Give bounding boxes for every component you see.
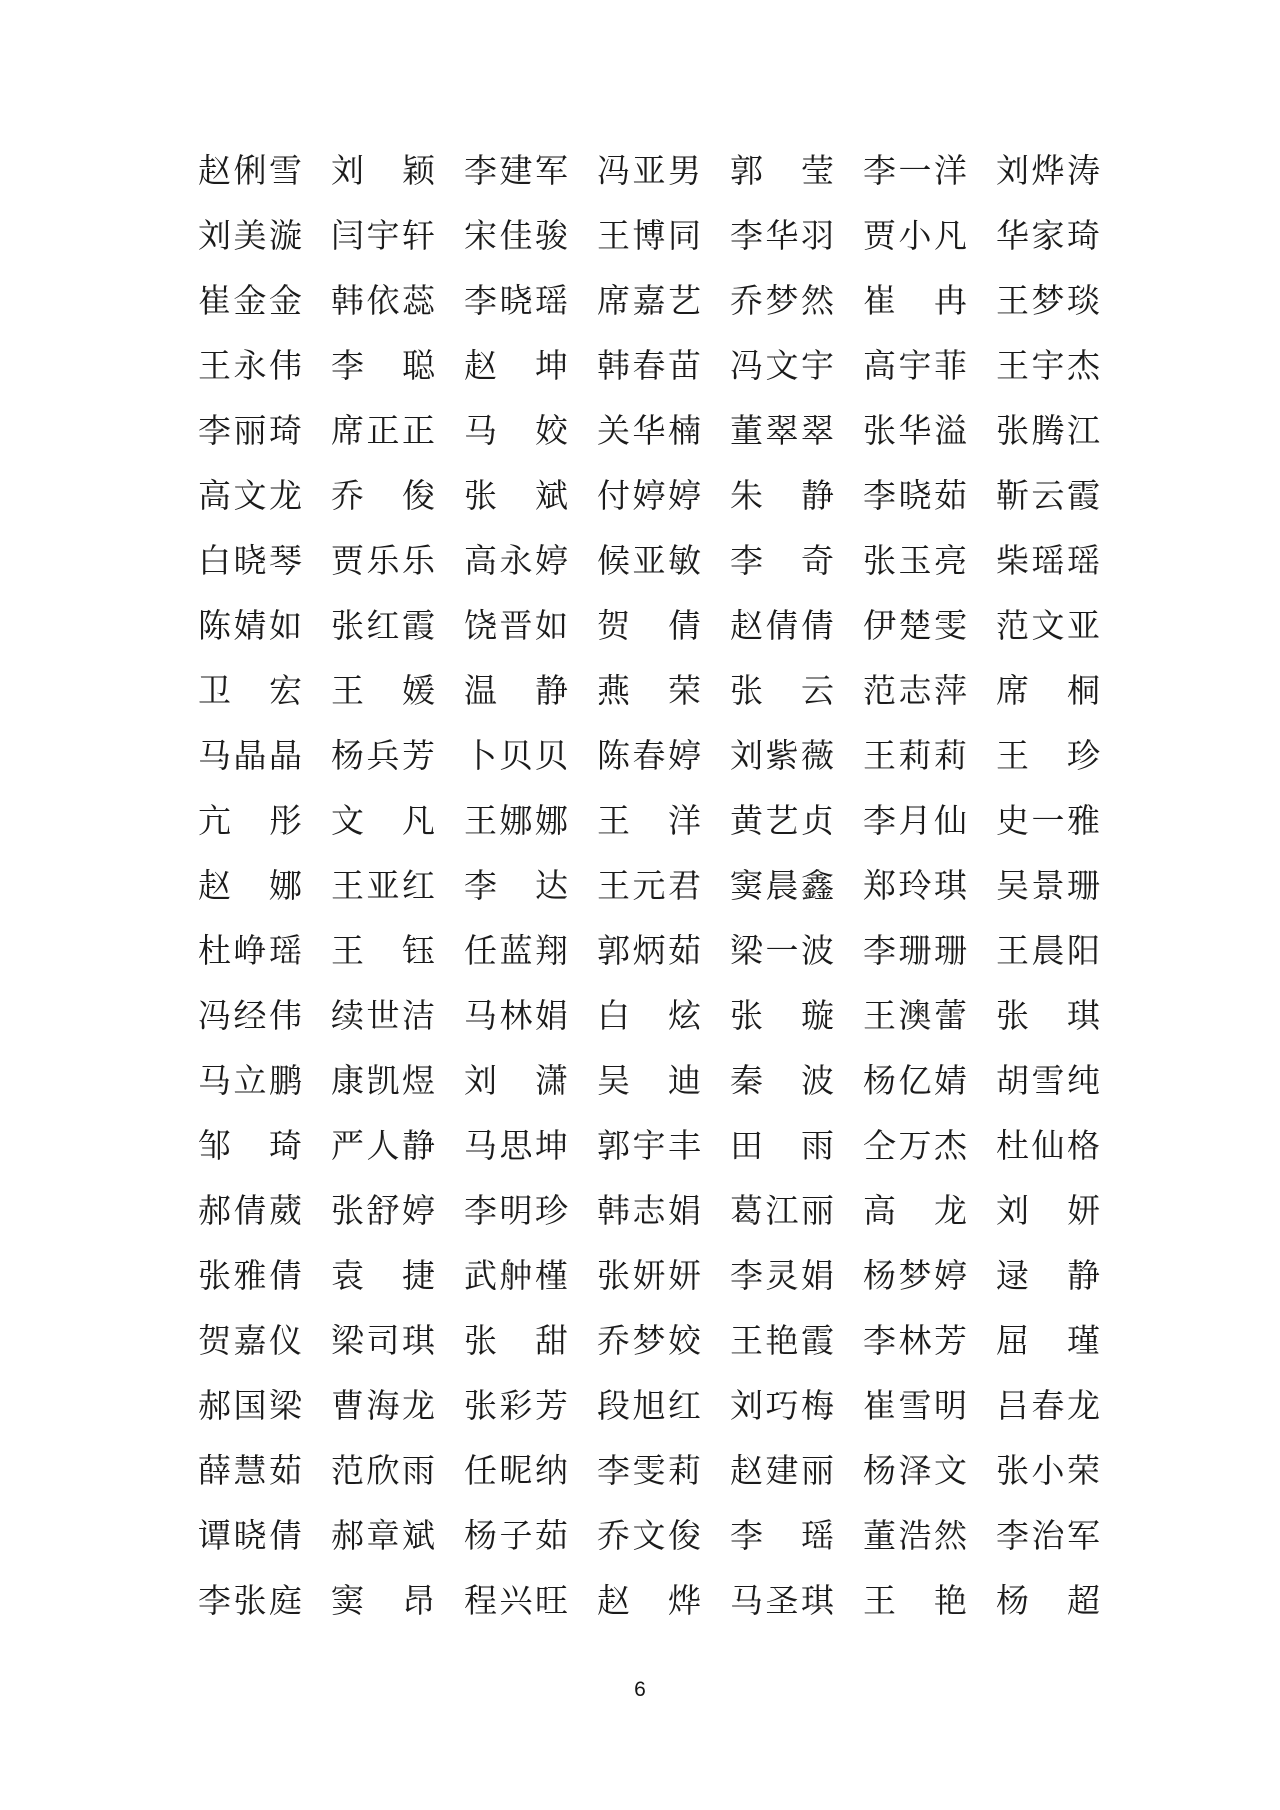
page-number: 6 [0, 1678, 1280, 1702]
name-cell: 刘美漩 [198, 221, 302, 254]
name-row: 卫宏王媛温静燕荣张云范志萍席桐 [198, 660, 1100, 725]
name-cell: 冯文宇 [730, 351, 834, 384]
name-cell: 崔雪明 [863, 1391, 967, 1424]
name-cell: 刘巧梅 [730, 1391, 834, 1424]
name-cell: 冯经伟 [198, 1001, 302, 1034]
name-cell: 董浩然 [863, 1521, 967, 1554]
name-cell: 李治军 [996, 1521, 1100, 1554]
name-row: 李丽琦席正正马姣关华楠董翠翠张华溢张腾江 [198, 400, 1100, 465]
name-cell: 王钰 [331, 936, 435, 969]
name-cell: 张妍妍 [597, 1261, 701, 1294]
name-cell: 李晓茹 [863, 481, 967, 514]
name-cell: 杜峥瑶 [198, 936, 302, 969]
name-cell: 任蓝翔 [464, 936, 568, 969]
name-cell: 付婷婷 [597, 481, 701, 514]
name-row: 白晓琴贾乐乐高永婷候亚敏李奇张玉亮柴瑶瑶 [198, 530, 1100, 595]
name-cell: 郭炳茹 [597, 936, 701, 969]
name-cell: 李瑶 [730, 1521, 834, 1554]
name-cell: 张甜 [464, 1326, 568, 1359]
name-cell: 乔文俊 [597, 1521, 701, 1554]
name-cell: 王艳霞 [730, 1326, 834, 1359]
name-cell: 李达 [464, 871, 568, 904]
name-cell: 李雯莉 [597, 1456, 701, 1489]
name-cell: 段旭红 [597, 1391, 701, 1424]
name-cell: 李丽琦 [198, 416, 302, 449]
name-cell: 王珍 [996, 741, 1100, 774]
name-cell: 王博同 [597, 221, 701, 254]
name-cell: 赵俐雪 [198, 156, 302, 189]
name-cell: 靳云霞 [996, 481, 1100, 514]
name-row: 王永伟李聪赵坤韩春苗冯文宇高宇菲王宇杰 [198, 335, 1100, 400]
name-cell: 王宇杰 [996, 351, 1100, 384]
name-row: 薛慧茹范欣雨任昵纳李雯莉赵建丽杨泽文张小荣 [198, 1440, 1100, 1505]
name-cell: 伊楚雯 [863, 611, 967, 644]
name-cell: 薛慧茹 [198, 1456, 302, 1489]
name-cell: 贾乐乐 [331, 546, 435, 579]
name-cell: 乔俊 [331, 481, 435, 514]
name-cell: 李奇 [730, 546, 834, 579]
name-cell: 袁捷 [331, 1261, 435, 1294]
name-cell: 郭宇丰 [597, 1131, 701, 1164]
name-row: 邹琦严人静马思坤郭宇丰田雨仝万杰杜仙格 [198, 1115, 1100, 1180]
name-cell: 张彩芳 [464, 1391, 568, 1424]
name-cell: 乔梦然 [730, 286, 834, 319]
name-cell: 康凯煜 [331, 1066, 435, 1099]
name-cell: 马圣琪 [730, 1586, 834, 1619]
name-cell: 王媛 [331, 676, 435, 709]
name-cell: 张舒婷 [331, 1196, 435, 1229]
name-cell: 柴瑶瑶 [996, 546, 1100, 579]
name-cell: 任昵纳 [464, 1456, 568, 1489]
name-cell: 黄艺贞 [730, 806, 834, 839]
name-row: 赵娜王亚红李达王元君窦晨鑫郑玲琪吴景珊 [198, 855, 1100, 920]
name-cell: 杜仙格 [996, 1131, 1100, 1164]
name-row: 贺嘉仪梁司琪张甜乔梦姣王艳霞李林芳屈瑾 [198, 1310, 1100, 1375]
name-cell: 李月仙 [863, 806, 967, 839]
name-cell: 武舯槿 [464, 1261, 568, 1294]
name-row: 赵俐雪刘颖李建军冯亚男郭莹李一洋刘烨涛 [198, 140, 1100, 205]
name-cell: 范文亚 [996, 611, 1100, 644]
name-row: 张雅倩袁捷武舯槿张妍妍李灵娟杨梦婷逯静 [198, 1245, 1100, 1310]
name-cell: 燕荣 [597, 676, 701, 709]
name-cell: 李明珍 [464, 1196, 568, 1229]
name-cell: 张云 [730, 676, 834, 709]
name-cell: 曹海龙 [331, 1391, 435, 1424]
name-cell: 崔金金 [198, 286, 302, 319]
name-cell: 李灵娟 [730, 1261, 834, 1294]
name-cell: 程兴旺 [464, 1586, 568, 1619]
name-cell: 崔冉 [863, 286, 967, 319]
name-cell: 郝章斌 [331, 1521, 435, 1554]
name-cell: 窦昂 [331, 1586, 435, 1619]
name-cell: 逯静 [996, 1261, 1100, 1294]
name-cell: 席桐 [996, 676, 1100, 709]
name-cell: 陈春婷 [597, 741, 701, 774]
name-cell: 吴迪 [597, 1066, 701, 1099]
name-cell: 刘潇 [464, 1066, 568, 1099]
name-cell: 席正正 [331, 416, 435, 449]
name-cell: 杨泽文 [863, 1456, 967, 1489]
name-cell: 郭莹 [730, 156, 834, 189]
name-cell: 马立鹏 [198, 1066, 302, 1099]
name-cell: 张璇 [730, 1001, 834, 1034]
name-cell: 胡雪纯 [996, 1066, 1100, 1099]
name-cell: 史一雅 [996, 806, 1100, 839]
name-cell: 韩春苗 [597, 351, 701, 384]
name-cell: 卫宏 [198, 676, 302, 709]
name-cell: 贺嘉仪 [198, 1326, 302, 1359]
name-cell: 刘烨涛 [996, 156, 1100, 189]
name-cell: 王澳蕾 [863, 1001, 967, 1034]
name-cell: 高文龙 [198, 481, 302, 514]
name-cell: 李华羽 [730, 221, 834, 254]
name-cell: 李聪 [331, 351, 435, 384]
name-cell: 郝国梁 [198, 1391, 302, 1424]
name-row: 郝国梁曹海龙张彩芳段旭红刘巧梅崔雪明吕春龙 [198, 1375, 1100, 1440]
name-cell: 窦晨鑫 [730, 871, 834, 904]
name-cell: 范志萍 [863, 676, 967, 709]
name-cell: 张玉亮 [863, 546, 967, 579]
name-cell: 亢彤 [198, 806, 302, 839]
name-cell: 冯亚男 [597, 156, 701, 189]
name-cell: 杨兵芳 [331, 741, 435, 774]
name-cell: 白晓琴 [198, 546, 302, 579]
name-cell: 王莉莉 [863, 741, 967, 774]
names-grid: 赵俐雪刘颖李建军冯亚男郭莹李一洋刘烨涛刘美漩闫宇轩宋佳骏王博同李华羽贾小凡华家琦… [198, 140, 1100, 1635]
name-cell: 谭晓倩 [198, 1521, 302, 1554]
name-cell: 华家琦 [996, 221, 1100, 254]
name-cell: 马姣 [464, 416, 568, 449]
name-row: 亢彤文凡王娜娜王洋黄艺贞李月仙史一雅 [198, 790, 1100, 855]
name-cell: 闫宇轩 [331, 221, 435, 254]
name-cell: 李珊珊 [863, 936, 967, 969]
name-cell: 赵倩倩 [730, 611, 834, 644]
name-cell: 王晨阳 [996, 936, 1100, 969]
name-cell: 张腾江 [996, 416, 1100, 449]
name-cell: 赵坤 [464, 351, 568, 384]
name-cell: 卜贝贝 [464, 741, 568, 774]
name-row: 马立鹏康凯煜刘潇吴迪秦波杨亿婧胡雪纯 [198, 1050, 1100, 1115]
name-cell: 贺倩 [597, 611, 701, 644]
name-cell: 吴景珊 [996, 871, 1100, 904]
name-cell: 马林娟 [464, 1001, 568, 1034]
name-cell: 梁司琪 [331, 1326, 435, 1359]
name-cell: 赵娜 [198, 871, 302, 904]
name-cell: 王梦琰 [996, 286, 1100, 319]
name-cell: 续世洁 [331, 1001, 435, 1034]
name-cell: 李林芳 [863, 1326, 967, 1359]
name-cell: 杨超 [996, 1586, 1100, 1619]
name-cell: 高永婷 [464, 546, 568, 579]
name-cell: 陈婧如 [198, 611, 302, 644]
name-cell: 刘颖 [331, 156, 435, 189]
name-cell: 张小荣 [996, 1456, 1100, 1489]
name-cell: 赵建丽 [730, 1456, 834, 1489]
name-cell: 王永伟 [198, 351, 302, 384]
name-cell: 梁一波 [730, 936, 834, 969]
name-cell: 杨子茹 [464, 1521, 568, 1554]
name-row: 马晶晶杨兵芳卜贝贝陈春婷刘紫薇王莉莉王珍 [198, 725, 1100, 790]
name-row: 刘美漩闫宇轩宋佳骏王博同李华羽贾小凡华家琦 [198, 205, 1100, 270]
name-cell: 张斌 [464, 481, 568, 514]
name-cell: 范欣雨 [331, 1456, 435, 1489]
name-cell: 李张庭 [198, 1586, 302, 1619]
name-row: 杜峥瑶王钰任蓝翔郭炳茹梁一波李珊珊王晨阳 [198, 920, 1100, 985]
name-cell: 李晓瑶 [464, 286, 568, 319]
name-cell: 赵烨 [597, 1586, 701, 1619]
name-cell: 郑玲琪 [863, 871, 967, 904]
name-cell: 郝倩葳 [198, 1196, 302, 1229]
name-cell: 葛江丽 [730, 1196, 834, 1229]
name-cell: 张华溢 [863, 416, 967, 449]
name-cell: 田雨 [730, 1131, 834, 1164]
name-cell: 韩依蕊 [331, 286, 435, 319]
name-row: 崔金金韩依蕊李晓瑶席嘉艺乔梦然崔冉王梦琰 [198, 270, 1100, 335]
name-row: 郝倩葳张舒婷李明珍韩志娟葛江丽高龙刘妍 [198, 1180, 1100, 1245]
name-cell: 韩志娟 [597, 1196, 701, 1229]
name-cell: 文凡 [331, 806, 435, 839]
name-cell: 董翠翠 [730, 416, 834, 449]
name-cell: 乔梦姣 [597, 1326, 701, 1359]
name-cell: 白炫 [597, 1001, 701, 1034]
name-cell: 王元君 [597, 871, 701, 904]
name-cell: 秦波 [730, 1066, 834, 1099]
name-cell: 马晶晶 [198, 741, 302, 774]
name-cell: 王娜娜 [464, 806, 568, 839]
name-row: 陈婧如张红霞饶晋如贺倩赵倩倩伊楚雯范文亚 [198, 595, 1100, 660]
name-cell: 温静 [464, 676, 568, 709]
name-cell: 刘妍 [996, 1196, 1100, 1229]
name-cell: 张红霞 [331, 611, 435, 644]
name-cell: 高宇菲 [863, 351, 967, 384]
name-cell: 刘紫薇 [730, 741, 834, 774]
name-cell: 王艳 [863, 1586, 967, 1619]
name-cell: 严人静 [331, 1131, 435, 1164]
name-row: 谭晓倩郝章斌杨子茹乔文俊李瑶董浩然李治军 [198, 1505, 1100, 1570]
name-cell: 席嘉艺 [597, 286, 701, 319]
name-cell: 候亚敏 [597, 546, 701, 579]
name-cell: 屈瑾 [996, 1326, 1100, 1359]
name-row: 冯经伟续世洁马林娟白炫张璇王澳蕾张琪 [198, 985, 1100, 1050]
document-page: 赵俐雪刘颖李建军冯亚男郭莹李一洋刘烨涛刘美漩闫宇轩宋佳骏王博同李华羽贾小凡华家琦… [0, 0, 1280, 1810]
name-cell: 王亚红 [331, 871, 435, 904]
name-cell: 杨梦婷 [863, 1261, 967, 1294]
name-cell: 李一洋 [863, 156, 967, 189]
name-cell: 邹琦 [198, 1131, 302, 1164]
name-cell: 关华楠 [597, 416, 701, 449]
name-cell: 李建军 [464, 156, 568, 189]
name-cell: 吕春龙 [996, 1391, 1100, 1424]
name-cell: 杨亿婧 [863, 1066, 967, 1099]
name-row: 高文龙乔俊张斌付婷婷朱静李晓茹靳云霞 [198, 465, 1100, 530]
name-cell: 王洋 [597, 806, 701, 839]
name-cell: 张琪 [996, 1001, 1100, 1034]
name-row: 李张庭窦昂程兴旺赵烨马圣琪王艳杨超 [198, 1570, 1100, 1635]
name-cell: 张雅倩 [198, 1261, 302, 1294]
name-cell: 仝万杰 [863, 1131, 967, 1164]
name-cell: 贾小凡 [863, 221, 967, 254]
name-cell: 马思坤 [464, 1131, 568, 1164]
name-cell: 饶晋如 [464, 611, 568, 644]
name-cell: 宋佳骏 [464, 221, 568, 254]
name-cell: 朱静 [730, 481, 834, 514]
name-cell: 高龙 [863, 1196, 967, 1229]
